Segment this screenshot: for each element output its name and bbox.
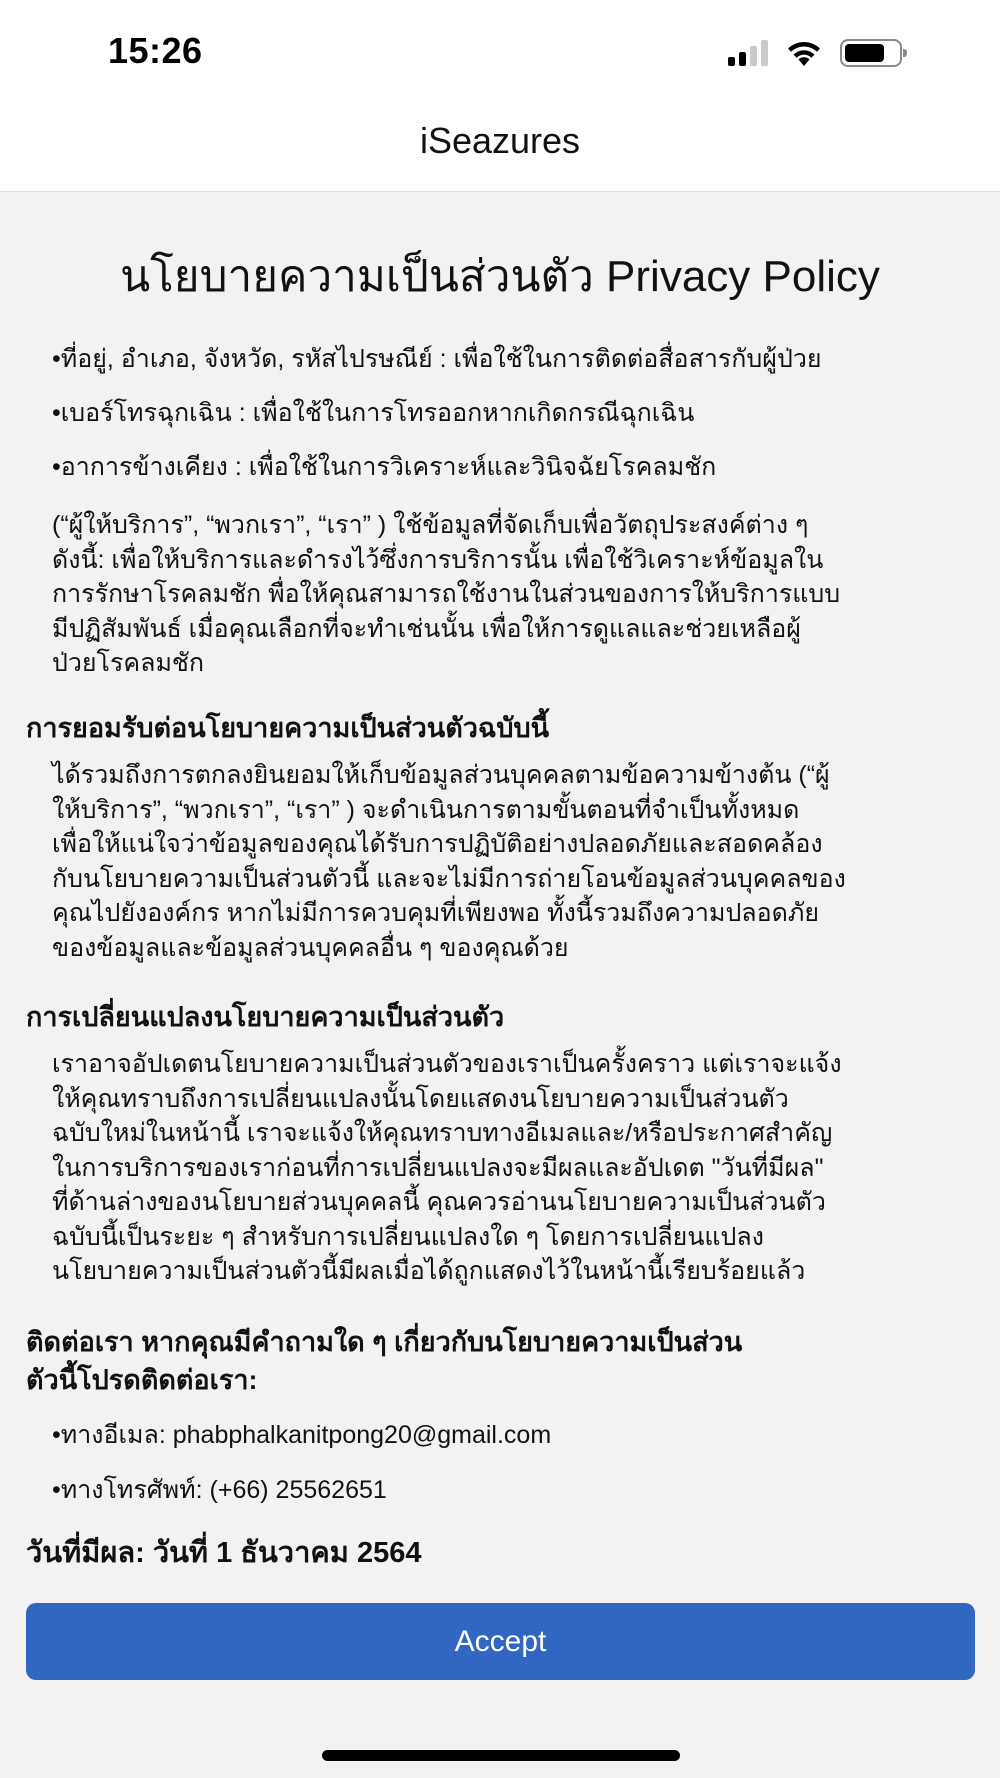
section-body-changes: เราอาจอัปเดตนโยบายความเป็นส่วนตัวของเราเ… [52,1047,982,1289]
navigation-bar: iSeazures [0,100,1000,192]
contact-phone: •ทางโทรศัพท์: (+66) 25562651 [52,1470,387,1510]
section-heading-acceptance: การยอมรับต่อนโยบายความเป็นส่วนตัวฉบับนี้ [26,709,549,747]
section-body-acceptance: ได้รวมถึงการตกลงยินยอมให้เก็บข้อมูลส่วนบ… [52,758,982,965]
bullet-emergency-phone: •เบอร์โทรฉุกเฉิน : เพื่อใช้ในการโทรออกหา… [52,393,694,433]
wifi-icon [786,39,822,67]
contact-heading-line2: ตัวนี้โปรดติดต่อเรา: [26,1361,258,1399]
effective-date: วันที่มีผล: วันที่ 1 ธันวาคม 2564 [26,1529,421,1575]
email-link[interactable]: phabphalkanitpong20@gmail.com [173,1421,551,1449]
contact-heading-line1: ติดต่อเรา หากคุณมีคำถามใด ๆ เกี่ยวกับนโย… [26,1323,742,1361]
page-title: นโยบายความเป็นส่วนตัว Privacy Policy [0,241,1000,311]
status-bar: 15:26 [0,0,1000,100]
email-label: •ทางอีเมล: [52,1421,173,1449]
bullet-side-effects: •อาการข้างเคียง : เพื่อใช้ในการวิเคราะห์… [52,447,716,487]
contact-email: •ทางอีเมล: phabphalkanitpong20@gmail.com [52,1415,551,1455]
phone-link[interactable]: (+66) 25562651 [210,1476,387,1504]
intro-paragraph: (“ผู้ให้บริการ”, “พวกเรา”, “เรา” ) ใช้ข้… [52,508,982,681]
accept-button[interactable]: Accept [26,1603,975,1680]
status-time: 15:26 [108,30,203,72]
app-title: iSeazures [420,120,580,162]
battery-icon [840,39,902,67]
status-icons [728,38,902,68]
home-indicator[interactable] [322,1750,680,1761]
bullet-address: •ที่อยู่, อำเภอ, จังหวัด, รหัสไปรษณีย์ :… [52,339,822,379]
section-heading-changes: การเปลี่ยนแปลงนโยบายความเป็นส่วนตัว [26,998,504,1036]
phone-label: •ทางโทรศัพท์: [52,1476,210,1504]
cellular-signal-icon [728,40,768,66]
